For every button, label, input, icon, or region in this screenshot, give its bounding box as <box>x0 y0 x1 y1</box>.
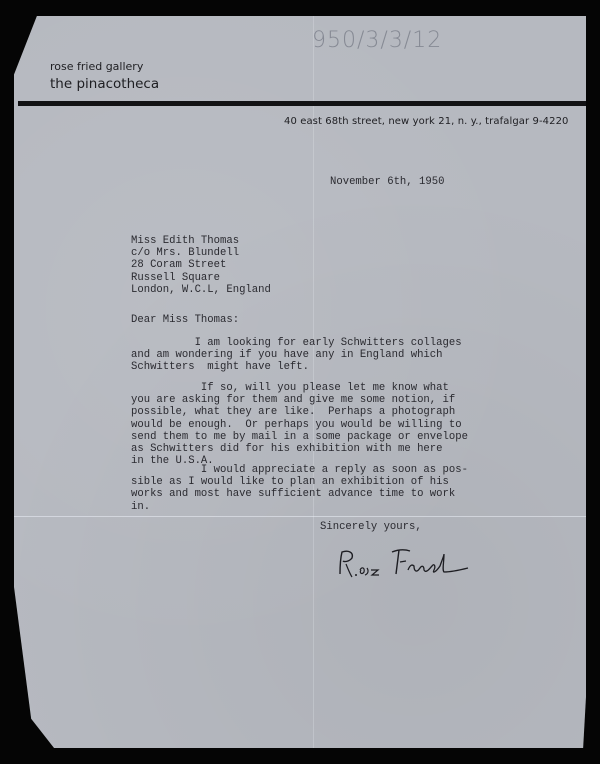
recipient-line: London, W.C.L, England <box>131 284 271 296</box>
letterhead-address: 40 east 68th street, new york 21, n. y.,… <box>284 116 569 127</box>
recipient-address: Miss Edith Thomasc/o Mrs. Blundell28 Cor… <box>131 235 271 296</box>
letterhead-subtitle: the pinacotheca <box>50 76 159 92</box>
body-paragraph: I would appreciate a reply as soon as po… <box>131 464 468 513</box>
recipient-line: 28 Coram Street <box>131 259 271 271</box>
closing: Sincerely yours, <box>320 521 422 533</box>
letterhead-rule <box>18 101 586 106</box>
recipient-line: c/o Mrs. Blundell <box>131 247 271 259</box>
archive-number: 950/3/3/12 <box>312 28 442 53</box>
recipient-line: Miss Edith Thomas <box>131 235 271 247</box>
salutation: Dear Miss Thomas: <box>131 314 239 326</box>
body-paragraph: I am looking for early Schwitters collag… <box>131 337 462 374</box>
recipient-line: Russell Square <box>131 272 271 284</box>
letter-date: November 6th, 1950 <box>330 176 444 188</box>
body-paragraph: If so, will you please let me know what … <box>131 382 468 467</box>
handwritten-signature <box>334 544 474 584</box>
letterhead-gallery-name: rose fried gallery <box>50 60 143 73</box>
horizontal-fold-line <box>14 516 586 517</box>
